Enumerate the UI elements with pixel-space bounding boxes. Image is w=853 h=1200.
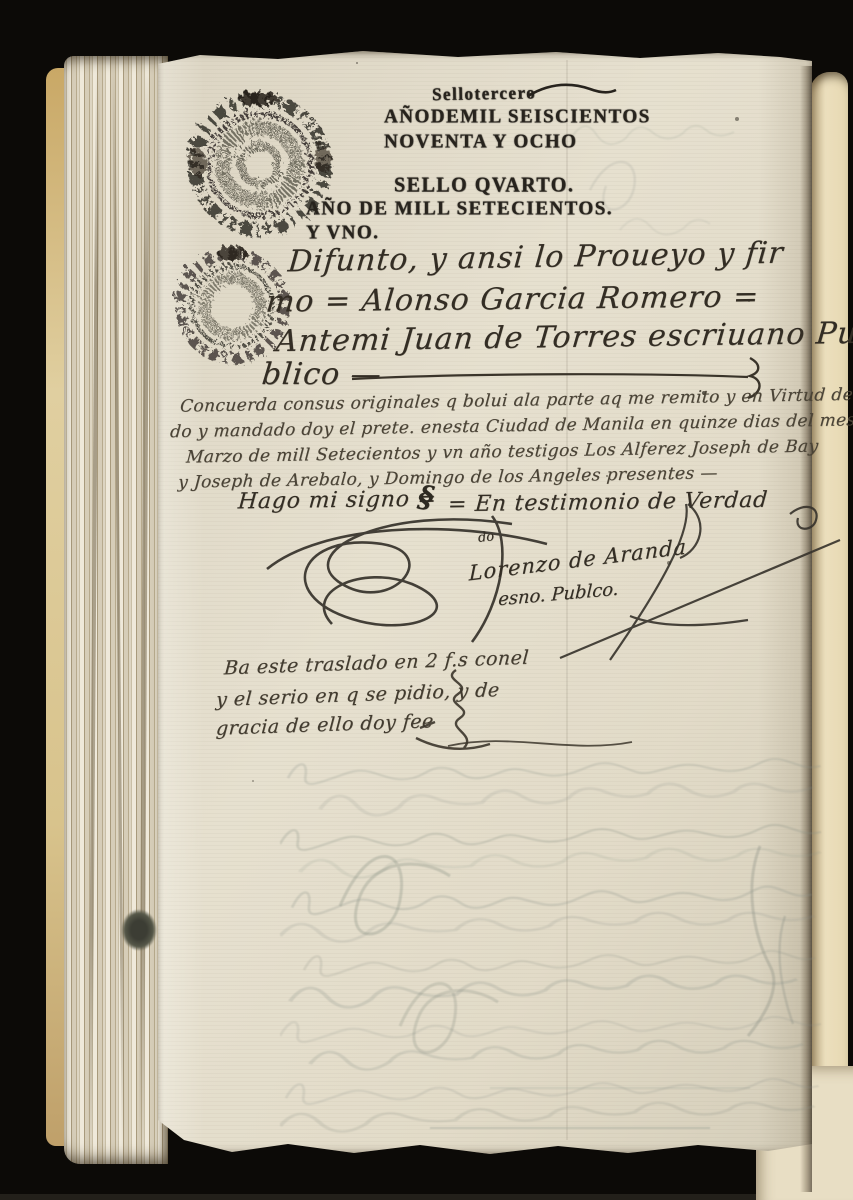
stamp-swash-icon — [524, 80, 620, 106]
stamp-sello-quarto-year-line: AÑO DE MILL SETECIENTOS. — [306, 197, 613, 220]
closing-rubric-icon — [408, 666, 498, 776]
closing-underline-icon — [446, 736, 636, 756]
attestation-left: Hago mi signo = — [237, 487, 438, 515]
stamp-sello-tercero-title: Sellotercero — [432, 83, 537, 106]
bleedthrough-handwriting-texture — [280, 756, 825, 1156]
notarial-rubric-icon — [262, 512, 562, 652]
decree-line: mo = Alonso Garcia Romero = — [264, 279, 761, 319]
stamp-sello-tercero-year-line: AÑODEMIL SEISCIENTOS — [384, 105, 651, 128]
stamp-sello-quarto-title: SELLO QVARTO. — [394, 173, 574, 197]
stamp-sello-quarto-year-line: Y VNO. — [306, 221, 379, 244]
ink-specks — [0, 0, 2, 2]
backdrop-edge — [0, 1194, 853, 1200]
photographed-manuscript-page: Sellotercero AÑODEMIL SEISCIENTOS NOVENT… — [0, 0, 853, 1200]
signature-flourish-strokes-icon — [540, 498, 850, 663]
closing-rule-icon — [352, 366, 752, 388]
stamp-sello-tercero-year-line: NOVENTA Y OCHO — [384, 130, 577, 153]
signature-abbreviation: do — [477, 529, 495, 546]
